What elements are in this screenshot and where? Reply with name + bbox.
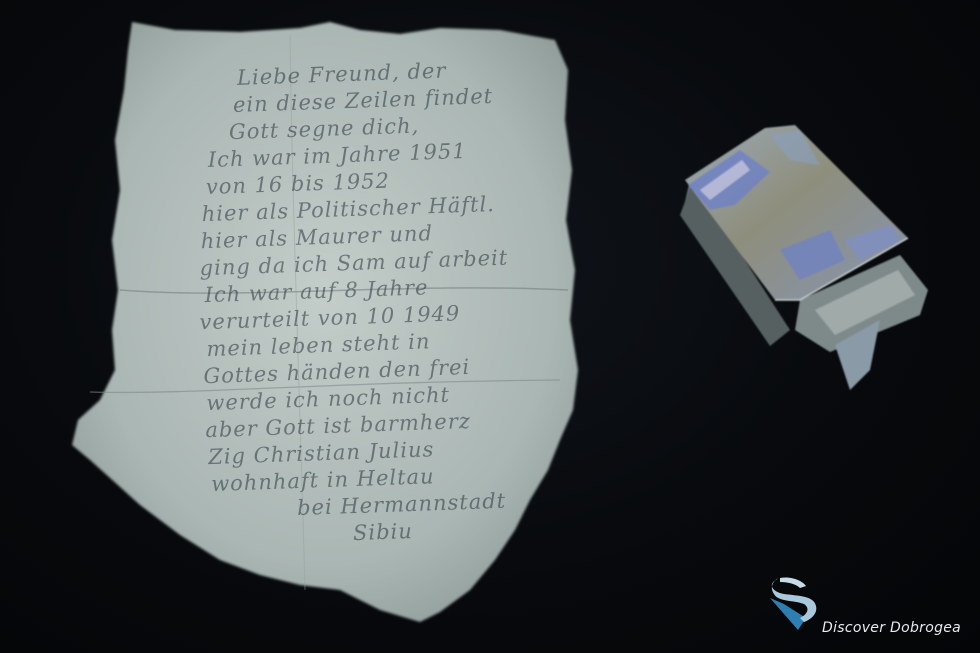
watermark-text: Discover Dobrogea	[822, 620, 961, 636]
discover-dobrogea-logo-icon	[766, 574, 826, 636]
watermark: Discover Dobrogea	[766, 574, 976, 644]
matchbox	[0, 0, 980, 653]
